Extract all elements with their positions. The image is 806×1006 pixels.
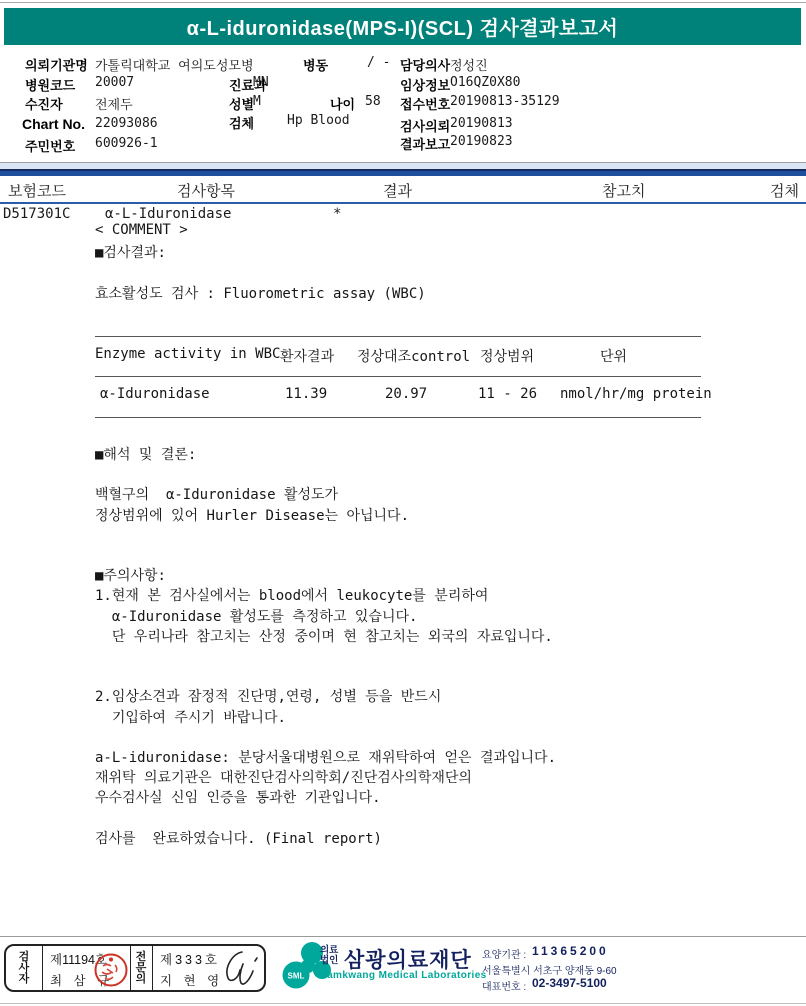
tel-label: 대표번호 :	[482, 978, 526, 993]
org-address: 서울특별시 서초구 양재동 9-60	[482, 962, 617, 977]
specialist-signature	[212, 948, 264, 992]
report-date-label: 결과보고	[400, 134, 450, 153]
hospital-code-value: 20007	[95, 75, 134, 90]
enzyme-name: α-Iduronidase	[100, 386, 210, 402]
resident-id-value: 600926-1	[95, 136, 158, 151]
comment-text-line	[95, 464, 800, 484]
col-result: 결과	[383, 180, 412, 201]
col-insurance-code: 보험코드	[8, 180, 66, 201]
comment-text-line	[95, 646, 800, 666]
comment-text-line	[95, 303, 800, 323]
table-header-rule	[0, 202, 806, 204]
requesting-org-value: 가톨릭대학교 여의도성모병	[95, 55, 254, 74]
enzyme-col-unit: 단위	[600, 346, 627, 366]
comment-text-line	[95, 727, 800, 747]
specimen-label: 검체	[229, 113, 254, 132]
specialist-role-label: 전문의	[134, 952, 148, 985]
page-title: α-L-iduronidase(MPS-I)(SCL) 검사결과보고서	[187, 12, 619, 41]
examiner-role-label: 검사자	[17, 952, 31, 985]
enzyme-normal-control: 20.97	[385, 386, 427, 402]
clinical-info-value: O16QZ0X80	[450, 75, 520, 90]
examiner-role-cell: 검사자	[6, 946, 42, 990]
result-flag: *	[333, 206, 341, 222]
report-title-banner: α-L-iduronidase(MPS-I)(SCL) 검사결과보고서	[4, 8, 801, 45]
enzyme-table-data-row: α-Iduronidase 11.39 20.97 11 - 26 nmol/h…	[95, 386, 800, 406]
col-specimen: 검체	[770, 180, 799, 201]
enzyme-col-normal-range: 정상범위	[480, 346, 534, 366]
specimen-value: Hp Blood	[287, 113, 350, 128]
comment-text-line	[95, 525, 800, 545]
examiner-seal	[93, 952, 129, 988]
comment-text-line: 기입하여 주시기 바랍니다.	[95, 707, 800, 727]
logo-abbr-text: SML	[288, 972, 305, 981]
comment-text-line	[95, 262, 800, 282]
patient-name-value: 전제두	[95, 94, 133, 113]
chart-no-value: 22093086	[95, 116, 158, 131]
patient-name-label: 수진자	[25, 94, 63, 113]
enzyme-col-normal-control: 정상대조control	[357, 346, 470, 366]
comment-text-line: 효소활성도 검사 : Fluorometric assay (WBC)	[95, 283, 800, 303]
care-org-number: 11365200	[532, 944, 609, 958]
receipt-no-value: 20190813-35129	[450, 94, 560, 109]
care-org-label: 요양기관 :	[482, 946, 526, 961]
comment-text-line: 2.임상소견과 잠정적 진단명,연령, 성별 등을 반드시	[95, 686, 800, 706]
comment-text-line: 우수검사실 신임 인증을 통과한 기관입니다.	[95, 787, 800, 807]
comment-rule-line	[95, 404, 800, 424]
comment-text-line: 단 우리나라 참고치는 산정 중이며 현 참고치는 외국의 자료입니다.	[95, 626, 800, 646]
comment-text-line: 정상범위에 있어 Hurler Disease는 아닙니다.	[95, 505, 800, 525]
signature-stamp-box: 검사자 제11194호 최 삼 규 전문의 제333호 지 현 영	[4, 944, 266, 992]
report-date-value: 20190823	[450, 134, 513, 149]
sex-label: 성별	[229, 94, 254, 113]
col-test-item: 검사항목	[177, 180, 235, 201]
chart-no-label: Chart No.	[22, 116, 85, 132]
request-date-value: 20190813	[450, 116, 513, 131]
receipt-no-label: 접수번호	[400, 94, 450, 113]
comment-text-line	[95, 424, 800, 444]
enzyme-col-patient-result: 환자결과	[280, 346, 334, 366]
comment-text-line: 재위탁 의료기관은 대한진단검사의학회/진단검사의학재단의	[95, 767, 800, 787]
enzyme-normal-range: 11 - 26	[478, 386, 537, 402]
requesting-org-label: 의뢰기관명	[25, 55, 88, 74]
enzyme-unit: nmol/hr/mg protein	[560, 386, 712, 402]
col-reference: 참고치	[602, 180, 645, 201]
tel-number: 02-3497-5100	[532, 976, 607, 990]
resident-id-label: 주민번호	[25, 136, 75, 155]
sex-value: M	[253, 94, 261, 109]
comment-text-line: a-L-iduronidase: 분당서울대병원으로 재위탁하여 얻은 결과입니…	[95, 747, 800, 767]
age-label: 나이	[330, 94, 355, 113]
clinical-info-label: 임상정보	[400, 75, 450, 94]
comment-text-line: 검사를 완료하였습니다. (Final report)	[95, 828, 800, 848]
footer-divider-line	[0, 936, 806, 937]
comment-rule-line	[95, 323, 800, 343]
comment-section: < COMMENT >■검사결과: 효소활성도 검사 : Fluorometri…	[95, 222, 800, 848]
insurance-code-value: D517301C	[3, 206, 70, 222]
comment-text-line: ■검사결과:	[95, 242, 800, 262]
logo-org-name-en: Samkwang Medical Laboratories	[320, 970, 487, 981]
ward-label: 병동	[303, 55, 328, 74]
comment-text-line: < COMMENT >	[95, 222, 800, 242]
enzyme-table-header-row: Enzyme activity in WBC 환자결과 정상대조control …	[95, 346, 800, 366]
enzyme-col-name: Enzyme activity in WBC	[95, 346, 280, 362]
department-value: MN	[253, 75, 269, 90]
enzyme-patient-result: 11.39	[285, 386, 327, 402]
lab-report-page: α-L-iduronidase(MPS-I)(SCL) 검사결과보고서 의뢰기관…	[0, 0, 806, 1006]
stamp-box-divider-1	[42, 946, 43, 990]
comment-text-line: α-Iduronidase 활성도를 측정하고 있습니다.	[95, 606, 800, 626]
doctor-label: 담당의사	[400, 55, 450, 74]
doctor-value: 정성진	[450, 55, 488, 74]
request-date-label: 검사의뢰	[400, 116, 450, 135]
comment-text-line: 백혈구의 α-Iduronidase 활성도가	[95, 484, 800, 504]
test-item-value: α-L-Iduronidase	[105, 206, 231, 222]
stamp-box-divider-3	[152, 946, 153, 990]
ward-value: / -	[367, 55, 390, 70]
comment-rule-line	[95, 363, 800, 383]
specialist-role-cell: 전문의	[130, 946, 152, 990]
age-value: 58	[365, 94, 381, 109]
specialist-cert-no: 제333호	[160, 950, 220, 968]
comment-text-line: ■주의사항:	[95, 565, 800, 585]
logo-org-type: 의료법인	[320, 946, 342, 966]
hospital-code-label: 병원코드	[25, 75, 75, 94]
bottom-border-line	[0, 1003, 806, 1004]
comment-text-line: 1.현재 본 검사실에서는 blood에서 leukocyte를 분리하여	[95, 585, 800, 605]
comment-text-line	[95, 545, 800, 565]
top-border-line	[0, 2, 806, 3]
comment-text-line: ■해석 및 결론:	[95, 444, 800, 464]
table-top-navy-bar	[0, 169, 806, 176]
comment-text-line	[95, 666, 800, 686]
comment-text-line	[95, 807, 800, 827]
